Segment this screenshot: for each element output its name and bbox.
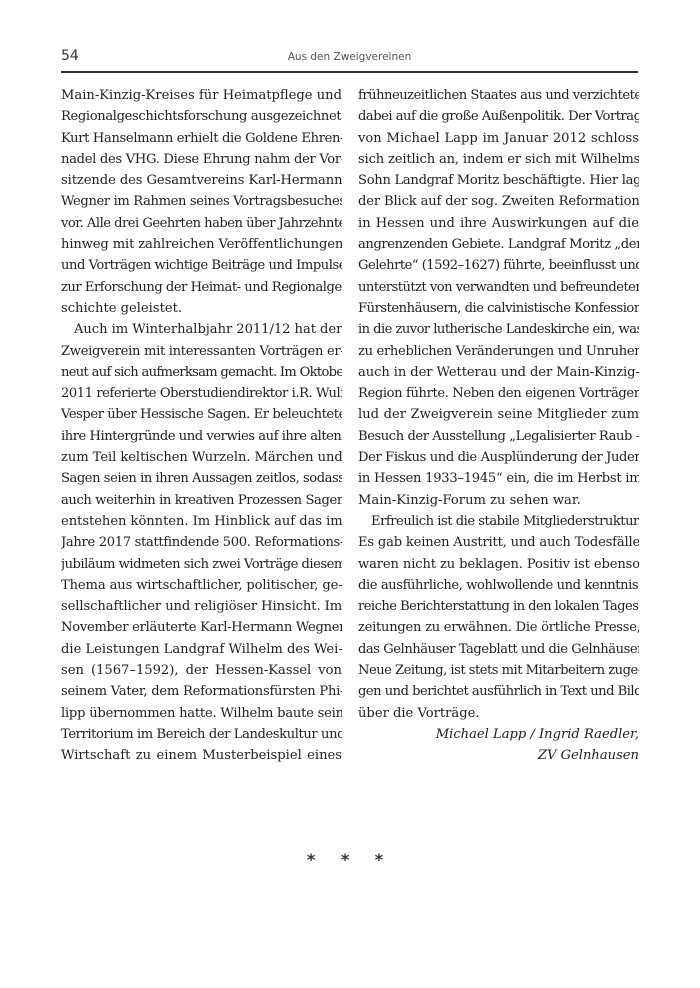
text-line: hinweg mit zahlreichen Veröffentlichunge… [61, 234, 342, 255]
text-line: Thema aus wirtschaftlicher, politischer,… [61, 575, 342, 596]
text-line: Vesper über Hessische Sagen. Er beleucht… [61, 404, 342, 425]
text-line: angrenzenden Gebiete. Landgraf Moritz „d… [358, 234, 639, 255]
text-line: November erläuterte Karl-Hermann Wegner [61, 617, 342, 638]
text-line: zur Erforschung der Heimat- und Regional… [61, 277, 342, 298]
text-line: über die Vorträge. [358, 703, 639, 724]
text-line: Main-Kinzig-Forum zu sehen war. [358, 490, 639, 511]
text-line: in die zuvor lutherische Landeskirche ei… [358, 319, 639, 340]
text-line: auch weiterhin in kreativen Prozessen Sa… [61, 490, 342, 511]
text-line: von Michael Lapp im Januar 2012 schloss [358, 128, 639, 149]
text-line: sellschaftlicher und religiöser Hinsicht… [61, 596, 342, 617]
text-line: nadel des VHG. Diese Ehrung nahm der Vor… [61, 149, 342, 170]
text-line: schichte geleistet. [61, 298, 342, 319]
text-line: Kurt Hanselmann erhielt die Goldene Ehre… [61, 128, 342, 149]
text-line: Regionalgeschichtsforschung ausgezeichne… [61, 106, 342, 127]
text-line: Fürstenhäusern, die calvinistische Konfe… [358, 298, 639, 319]
text-line: Zweigverein mit interessanten Vorträgen … [61, 341, 342, 362]
text-line: das Gelnhäuser Tageblatt und die Gelnhäu… [358, 639, 639, 660]
text-line: ihre Hintergründe und verwies auf ihre a… [61, 426, 342, 447]
text-line: Erfreulich ist die stabile Mitgliederstr… [358, 511, 639, 532]
text-line: in Hessen und ihre Auswirkungen auf die [358, 213, 639, 234]
signature-line: Michael Lapp / Ingrid Raedler, [358, 724, 639, 745]
text-line: zum Teil keltischen Wurzeln. Märchen und [61, 447, 342, 468]
text-line: Territorium im Bereich der Landeskultur … [61, 724, 342, 745]
text-line: Besuch der Ausstellung „Legalisierter Ra… [358, 426, 639, 447]
text-line: gen und berichtet ausführlich in Text un… [358, 681, 639, 702]
text-line: frühneuzeitlichen Staates aus und verzic… [358, 85, 639, 106]
text-line: Region führte. Neben den eigenen Vorträg… [358, 383, 639, 404]
document-page: 54 Aus den Zweigvereinen Main-Kinzig-Kre… [0, 0, 700, 988]
text-line: Der Fiskus und die Ausplünderung der Jud… [358, 447, 639, 468]
text-line: unterstützt von verwandten und befreunde… [358, 277, 639, 298]
text-line: Sohn Landgraf Moritz beschäftigte. Hier … [358, 170, 639, 191]
text-line: in Hessen 1933–1945“ ein, die im Herbst … [358, 468, 639, 489]
text-line: Wegner im Rahmen seines Vortragsbesuches [61, 191, 342, 212]
text-line: Gelehrte“ (1592–1627) führte, beeinfluss… [358, 255, 639, 276]
signature-line: ZV Gelnhausen [358, 745, 639, 766]
text-line: dabei auf die große Außenpolitik. Der Vo… [358, 106, 639, 127]
text-line: 2011 referierte Oberstudiendirektor i.R.… [61, 383, 342, 404]
section-title: Aus den Zweigvereinen [61, 51, 638, 63]
text-line: auch in der Wetterau und der Main-Kinzig… [358, 362, 639, 383]
text-line: Sagen seien in ihren Aussagen zeitlos, s… [61, 468, 342, 489]
text-line: Es gab keinen Austritt, und auch Todesfä… [358, 532, 639, 553]
text-line: Wirtschaft zu einem Musterbeispiel eines [61, 745, 342, 766]
text-line: sich zeitlich an, indem er sich mit Wilh… [358, 149, 639, 170]
text-line: sitzende des Gesamtvereins Karl-Hermann [61, 170, 342, 191]
text-line: sen (1567–1592), der Hessen-Kassel von [61, 660, 342, 681]
text-line: und Vorträgen wichtige Beiträge und Impu… [61, 255, 342, 276]
text-line: zeitungen zu erwähnen. Die örtliche Pres… [358, 617, 639, 638]
text-line: jubiläum widmeten sich zwei Vorträge die… [61, 554, 342, 575]
section-end-ornament: * * * [0, 850, 700, 869]
text-line: waren nicht zu beklagen. Positiv ist ebe… [358, 554, 639, 575]
text-line: lud der Zweigverein seine Mitglieder zum [358, 404, 639, 425]
header-rule [61, 71, 638, 73]
text-line: Auch im Winterhalbjahr 2011/12 hat der [61, 319, 342, 340]
text-line: entstehen könnten. Im Hinblick auf das i… [61, 511, 342, 532]
running-head: 54 Aus den Zweigvereinen [61, 48, 638, 70]
text-line: Neue Zeitung, ist stets mit Mitarbeitern… [358, 660, 639, 681]
right-column: frühneuzeitlichen Staates aus und verzic… [358, 85, 639, 767]
text-line: vor. Alle drei Geehrten haben über Jahrz… [61, 213, 342, 234]
text-line: die ausführliche, wohlwollende und kennt… [358, 575, 639, 596]
text-line: seinem Vater, dem Reformationsfürsten Ph… [61, 681, 342, 702]
text-line: Jahre 2017 stattfindende 500. Reformatio… [61, 532, 342, 553]
text-line: reiche Berichterstattung in den lokalen … [358, 596, 639, 617]
text-line: die Leistungen Landgraf Wilhelm des Wei- [61, 639, 342, 660]
text-line: lipp übernommen hatte. Wilhelm baute sei… [61, 703, 342, 724]
text-line: der Blick auf der sog. Zweiten Reformati… [358, 191, 639, 212]
text-line: zu erheblichen Veränderungen und Unruhen [358, 341, 639, 362]
text-line: Main-Kinzig-Kreises für Heimatpflege und [61, 85, 342, 106]
left-column: Main-Kinzig-Kreises für Heimatpflege und… [61, 85, 342, 767]
text-line: neut auf sich aufmerksam gemacht. Im Okt… [61, 362, 342, 383]
